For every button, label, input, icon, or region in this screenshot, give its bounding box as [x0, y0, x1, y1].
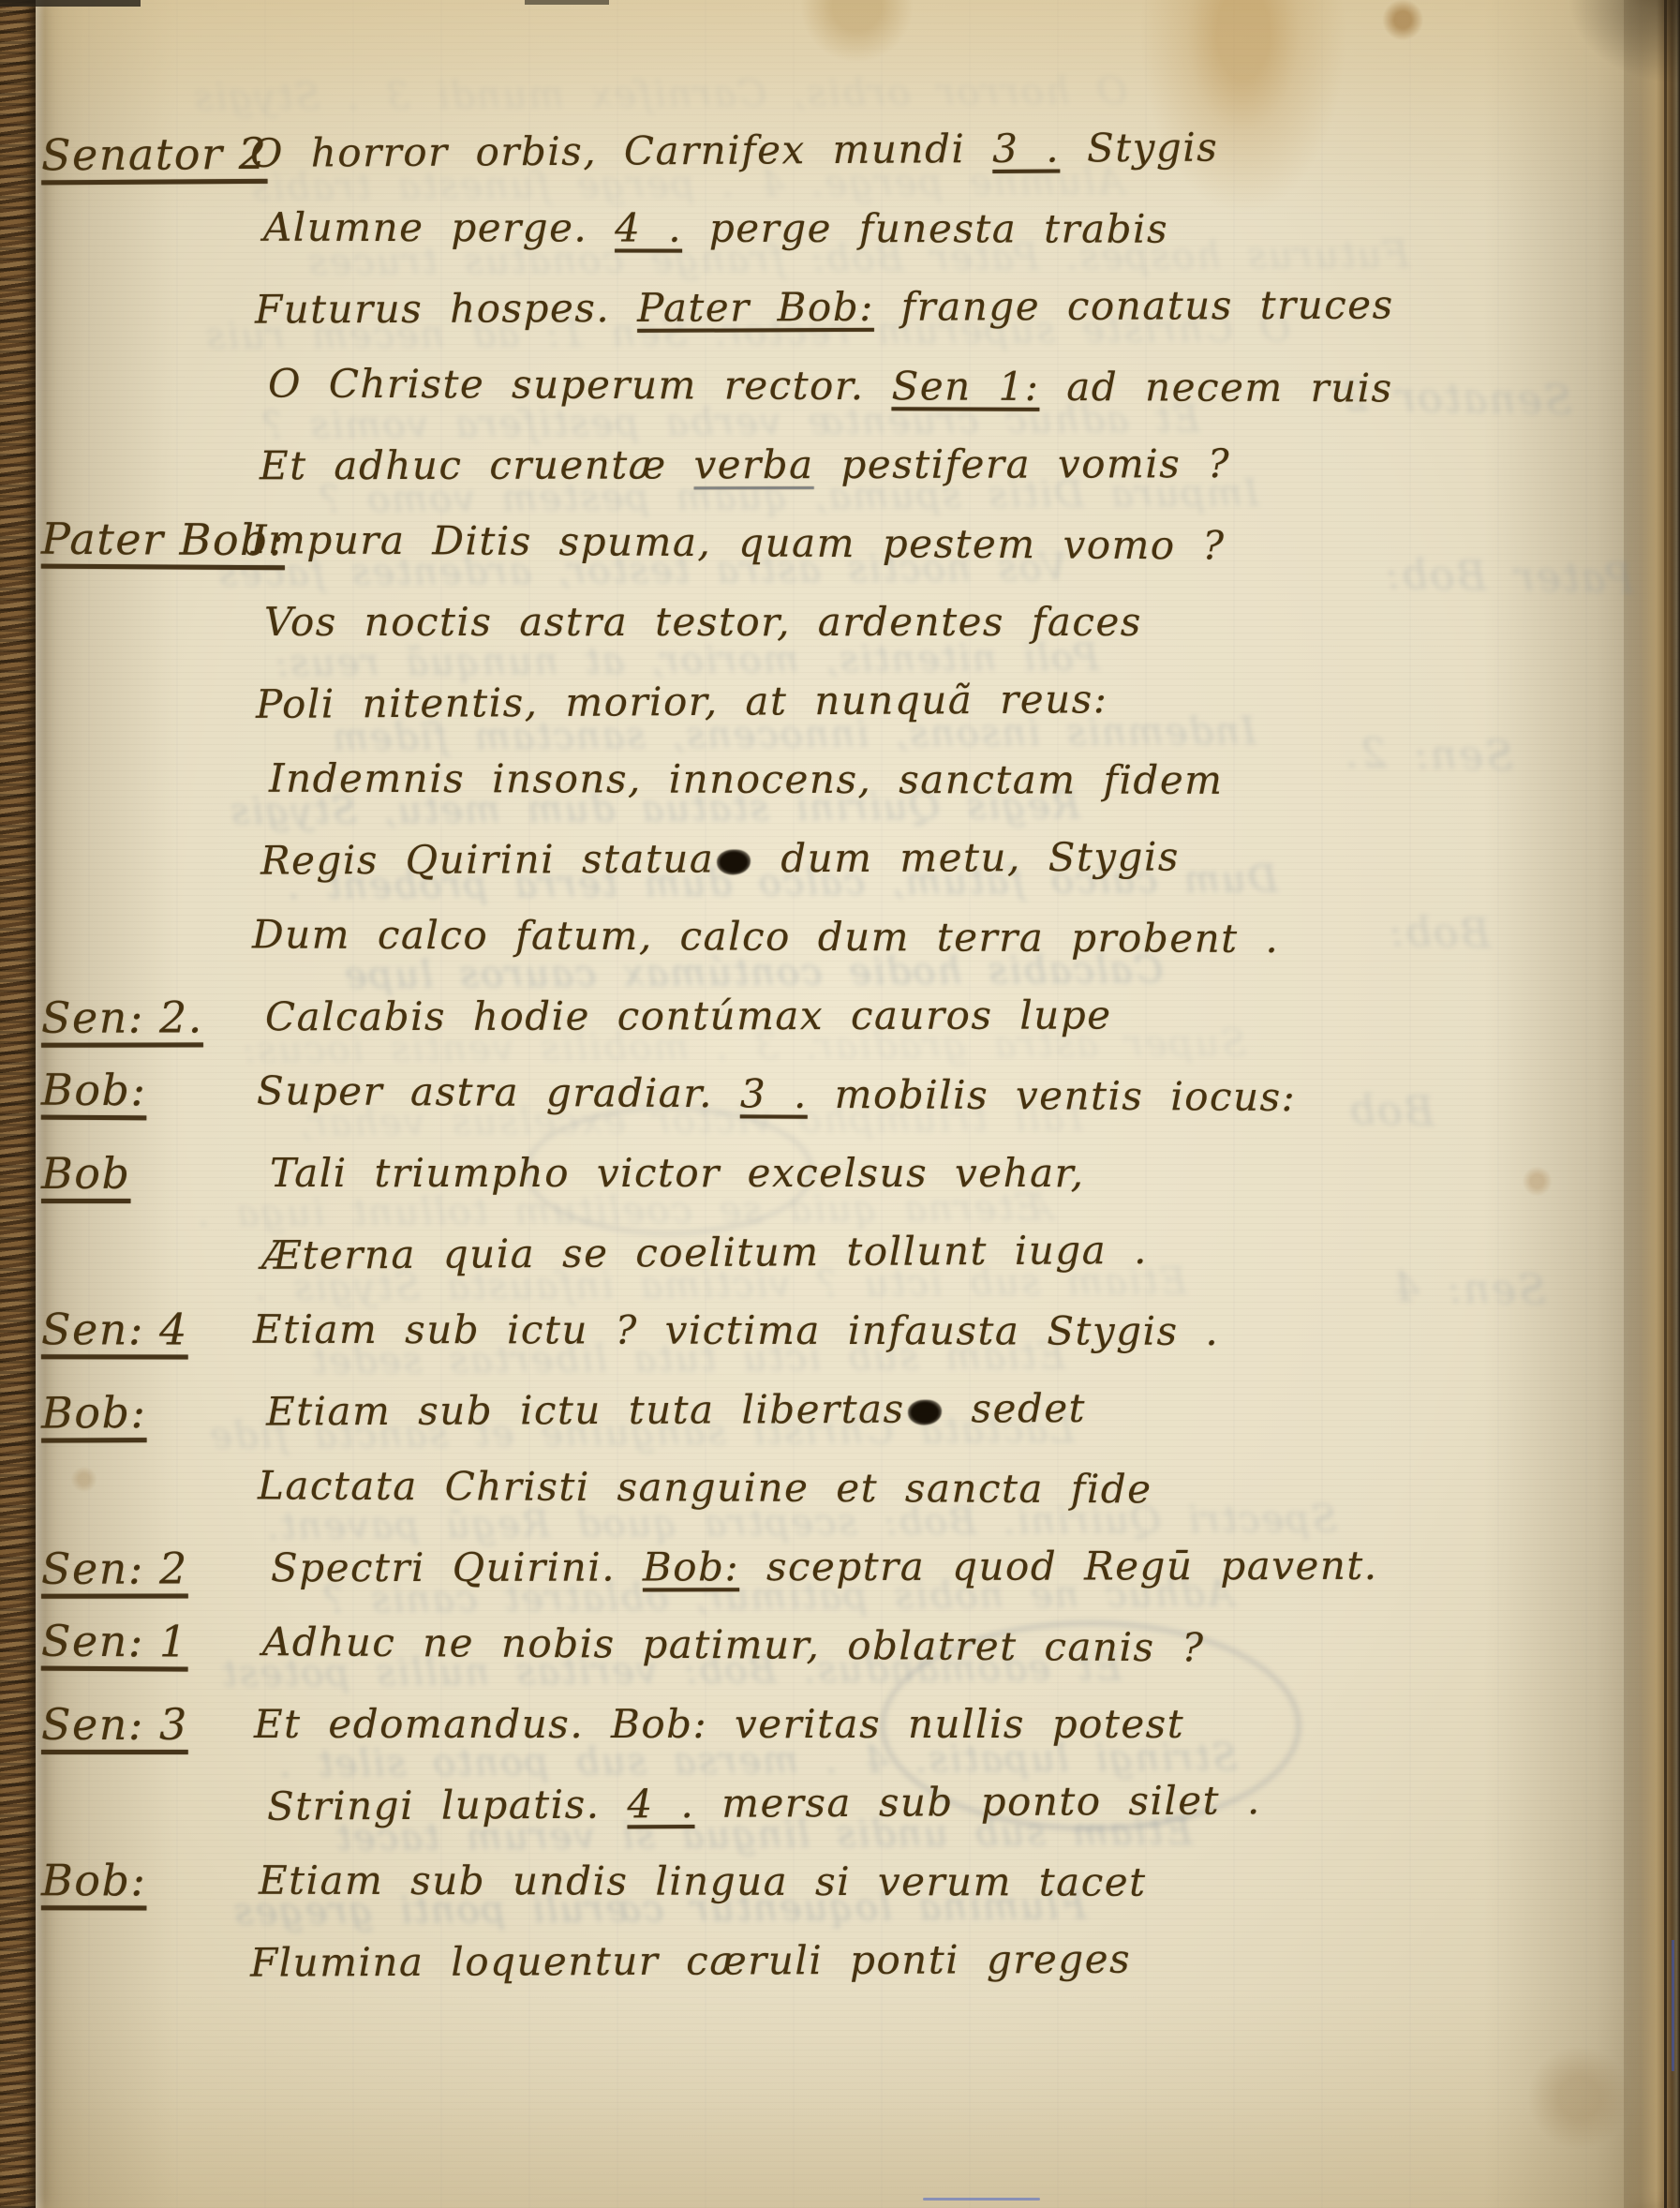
- underlined-cue: Pater Bob:: [637, 284, 874, 331]
- verse-text: O Christe superum rector. Sen 1: ad nece…: [268, 344, 1393, 427]
- text-run: perge funesta trabis: [682, 205, 1168, 252]
- manuscript-line: Sen: 2.Calcabis hodie contúmax cauros lu…: [0, 975, 1680, 1057]
- speaker-label: Sen: 2: [41, 1529, 188, 1607]
- text-run: Adhuc ne nobis patimur, oblatret canis ?: [262, 1619, 1205, 1670]
- verse-text: Et adhuc cruentæ verba pestifera vomis ?: [260, 425, 1230, 505]
- text-run: Alumne perge.: [263, 204, 615, 251]
- verse-text: Indemnis insons, innocens, sanctam fidem: [269, 739, 1224, 820]
- verse-text: Spectri Quirini. Bob: sceptra quod Regū …: [271, 1527, 1378, 1607]
- text-run: Etiam sub ictu ? victima infausta Stygis…: [253, 1306, 1219, 1354]
- speaker-label: Bob:: [41, 1841, 147, 1919]
- text-run: Dum calco fatum, calco dum terra probent…: [252, 911, 1279, 962]
- verse-text: Et edomandus. Bob: veritas nullis potest: [254, 1685, 1184, 1764]
- text-run: mobilis ventis iocus:: [808, 1071, 1297, 1120]
- verse-text: Lactata Christi sanguine et sancta fide: [258, 1446, 1152, 1529]
- ink-blot: [717, 849, 751, 874]
- text-run: dum metu, Stygis: [753, 833, 1180, 881]
- manuscript-text-block: Senator 2O horror orbis, Carnifex mundi …: [0, 0, 1680, 2208]
- manuscript-line: Bob:Etiam sub ictu tuta libertas sedet: [0, 1366, 1680, 1453]
- text-run: Stringi lupatis.: [267, 1781, 628, 1828]
- verse-text: Etiam sub ictu tuta libertas sedet: [266, 1369, 1086, 1452]
- text-run: Futurus hospes.: [255, 285, 637, 333]
- verse-text: Flumina loquentur cæruli ponti greges: [250, 1920, 1131, 2003]
- text-run: Indemnis insons, innocens, sanctam fidem: [269, 755, 1224, 803]
- manuscript-line: Alumne perge. 4 . perge funesta trabis: [0, 187, 1680, 270]
- text-run: Etiam sub undis lingua si verum tacet: [259, 1857, 1147, 1905]
- underlined-cue: Sen 1:: [891, 363, 1039, 410]
- underlined-cue: 4 .: [627, 1781, 694, 1827]
- manuscript-line: Æterna quia se coelitum tollunt iuga .: [0, 1207, 1680, 1296]
- text-run: mersa sub ponto silet .: [694, 1777, 1261, 1827]
- text-run: Et edomandus. Bob: veritas nullis potest: [254, 1701, 1184, 1747]
- speaker-label: Bob:: [41, 1051, 147, 1130]
- verse-text: O horror orbis, Carnifex mundi 3 . Stygi…: [250, 108, 1219, 192]
- manuscript-line: Futurus hospes. Pater Bob: frange conatu…: [0, 264, 1680, 351]
- verse-text: Etiam sub ictu ? victima infausta Stygis…: [253, 1290, 1219, 1371]
- manuscript-line: BobTali triumpho victor excelsus vehar,: [0, 1134, 1680, 1213]
- text-run: Spectri Quirini.: [271, 1544, 643, 1590]
- manuscript-line: O Christe superum rector. Sen 1: ad nece…: [0, 343, 1680, 429]
- verse-text: Æterna quia se coelitum tollunt iuga .: [261, 1211, 1148, 1295]
- text-run: Tali triumpho victor excelsus vehar,: [270, 1150, 1084, 1196]
- speaker-label: Pater Bob:: [41, 500, 286, 580]
- verse-text: Adhuc ne nobis patimur, oblatret canis ?: [262, 1603, 1205, 1687]
- verse-text: Calcabis hodie contúmax cauros lupe: [265, 976, 1112, 1056]
- text-run: Etiam sub ictu tuta libertas: [266, 1386, 905, 1435]
- scan-artifact-blue-line: [1672, 1940, 1674, 2071]
- text-run: Poli nitentis, morior, at nunquã reus:: [256, 676, 1108, 727]
- verse-text: Impura Ditis spuma, quam pestem vomo ?: [251, 500, 1226, 586]
- text-run: Et adhuc cruentæ: [260, 441, 694, 488]
- speaker-label: Sen: 4: [41, 1290, 188, 1368]
- text-run: O horror orbis, Carnifex mundi: [250, 126, 992, 176]
- speaker-label: Senator 2: [41, 114, 268, 195]
- manuscript-line: Et adhuc cruentæ verba pestifera vomis ?: [0, 424, 1680, 506]
- speaker-label: Bob:: [41, 1373, 147, 1452]
- ink-blot: [908, 1399, 942, 1425]
- text-run: sedet: [944, 1385, 1087, 1432]
- manuscript-line: Bob:Etiam sub undis lingua si verum tace…: [0, 1841, 1680, 1923]
- underlined-cue: 3 .: [992, 126, 1060, 172]
- speaker-label: Sen: 3: [41, 1685, 188, 1764]
- speaker-label: Sen: 2.: [41, 977, 203, 1056]
- manuscript-line: Lactata Christi sanguine et sancta fide: [0, 1445, 1680, 1531]
- speaker-label: Bob: [41, 1134, 130, 1213]
- manuscript-line: Dum calco fatum, calco dum terra probent…: [0, 894, 1680, 980]
- text-run: Stygis: [1060, 124, 1218, 171]
- verse-text: Futurus hospes. Pater Bob: frange conatu…: [255, 266, 1394, 350]
- manuscript-page: O horror orbis, Carnifex mundi 3 . Stygi…: [0, 0, 1680, 2208]
- verse-text: Dum calco fatum, calco dum terra probent…: [252, 895, 1280, 978]
- manuscript-line: Vos noctis astra testor, ardentes faces: [0, 583, 1680, 662]
- text-run: sceptra quod Regū pavent.: [739, 1543, 1378, 1589]
- verse-text: Stringi lupatis. 4 . mersa sub ponto sil…: [267, 1761, 1261, 1846]
- verse-text: Etiam sub undis lingua si verum tacet: [259, 1842, 1147, 1922]
- manuscript-line: Sen: 3Et edomandus. Bob: veritas nullis …: [0, 1685, 1680, 1764]
- verse-text: Super astra gradiar. 3 . mobilis ventis …: [257, 1052, 1297, 1137]
- verse-text: Tali triumpho victor excelsus vehar,: [270, 1134, 1084, 1213]
- text-run: verba: [693, 441, 813, 487]
- manuscript-line: Sen: 4Etiam sub ictu ? victima infausta …: [0, 1290, 1680, 1372]
- text-run: frange conatus truces: [874, 282, 1394, 330]
- manuscript-line: Regis Quirini statua dum metu, Stygis: [0, 815, 1680, 902]
- underlined-cue: Bob:: [643, 1544, 739, 1589]
- underlined-cue: 4 .: [615, 204, 682, 250]
- verse-text: Regis Quirini statua dum metu, Stygis: [260, 817, 1180, 900]
- text-run: pestifera vomis ?: [814, 440, 1231, 487]
- text-run: Impura Ditis spuma, quam pestem vomo ?: [251, 516, 1226, 569]
- manuscript-line: Pater Bob:Impura Ditis spuma, quam peste…: [0, 499, 1680, 588]
- manuscript-line: Senator 2O horror orbis, Carnifex mundi …: [0, 105, 1680, 194]
- text-run: Super astra gradiar.: [257, 1067, 740, 1116]
- manuscript-line: Sen: 2Spectri Quirini. Bob: sceptra quod…: [0, 1526, 1680, 1608]
- manuscript-line: Flumina loquentur cæruli ponti greges: [0, 1917, 1680, 2004]
- manuscript-line: Stringi lupatis. 4 . mersa sub ponto sil…: [0, 1758, 1680, 1847]
- text-run: Æterna quia se coelitum tollunt iuga .: [261, 1227, 1148, 1278]
- verse-text: Alumne perge. 4 . perge funesta trabis: [263, 188, 1168, 269]
- underlined-cue: 3 .: [740, 1070, 808, 1116]
- speaker-label: Sen: 1: [41, 1602, 188, 1681]
- text-run: Vos noctis astra testor, ardentes faces: [264, 599, 1142, 645]
- scan-artifact-blue-line: [923, 2198, 1040, 2201]
- manuscript-line: Indemnis insons, innocens, sanctam fidem: [0, 738, 1680, 821]
- text-run: Calcabis hodie contúmax cauros lupe: [265, 992, 1112, 1039]
- manuscript-line: Poli nitentis, morior, at nunquã reus:: [0, 656, 1680, 745]
- manuscript-line: Sen: 1Adhuc ne nobis patimur, oblatret c…: [0, 1601, 1680, 1690]
- text-run: Regis Quirini statua: [260, 836, 715, 884]
- manuscript-line: Bob:Super astra gradiar. 3 . mobilis ven…: [0, 1050, 1680, 1139]
- verse-text: Vos noctis astra testor, ardentes faces: [264, 583, 1142, 662]
- text-run: Lactata Christi sanguine et sancta fide: [258, 1462, 1152, 1512]
- verse-text: Poli nitentis, morior, at nunquã reus:: [256, 660, 1108, 744]
- text-run: Flumina loquentur cæruli ponti greges: [250, 1936, 1131, 1986]
- text-run: ad necem ruis: [1039, 364, 1392, 411]
- text-run: O Christe superum rector.: [268, 360, 892, 409]
